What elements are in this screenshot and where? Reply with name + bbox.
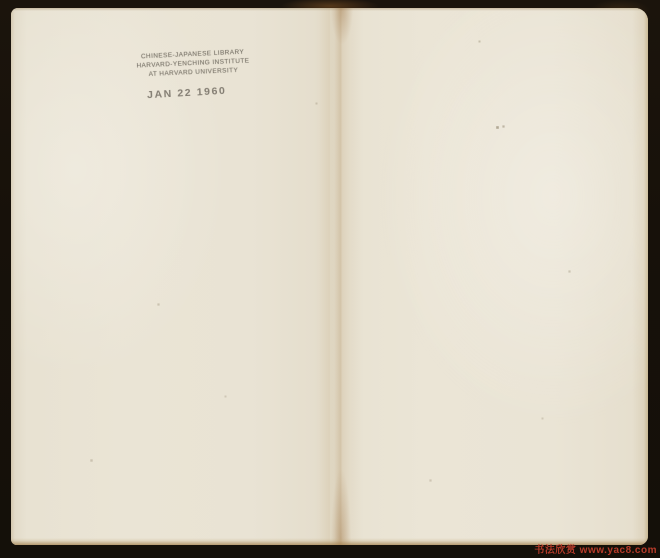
gutter-stain-bottom <box>327 425 355 545</box>
page-spread: CHINESE-JAPANESE LIBRARY HARVARD-YENCHIN… <box>11 8 648 545</box>
site-watermark: 书法欣赏 www.yac8.com <box>534 541 657 556</box>
book-scan: CHINESE-JAPANESE LIBRARY HARVARD-YENCHIN… <box>0 0 660 558</box>
gutter-stain-top <box>329 8 355 68</box>
page-top-edge <box>11 8 648 11</box>
library-stamp: CHINESE-JAPANESE LIBRARY HARVARD-YENCHIN… <box>132 47 253 79</box>
foxing-specks <box>11 8 12 9</box>
right-page <box>330 8 649 545</box>
